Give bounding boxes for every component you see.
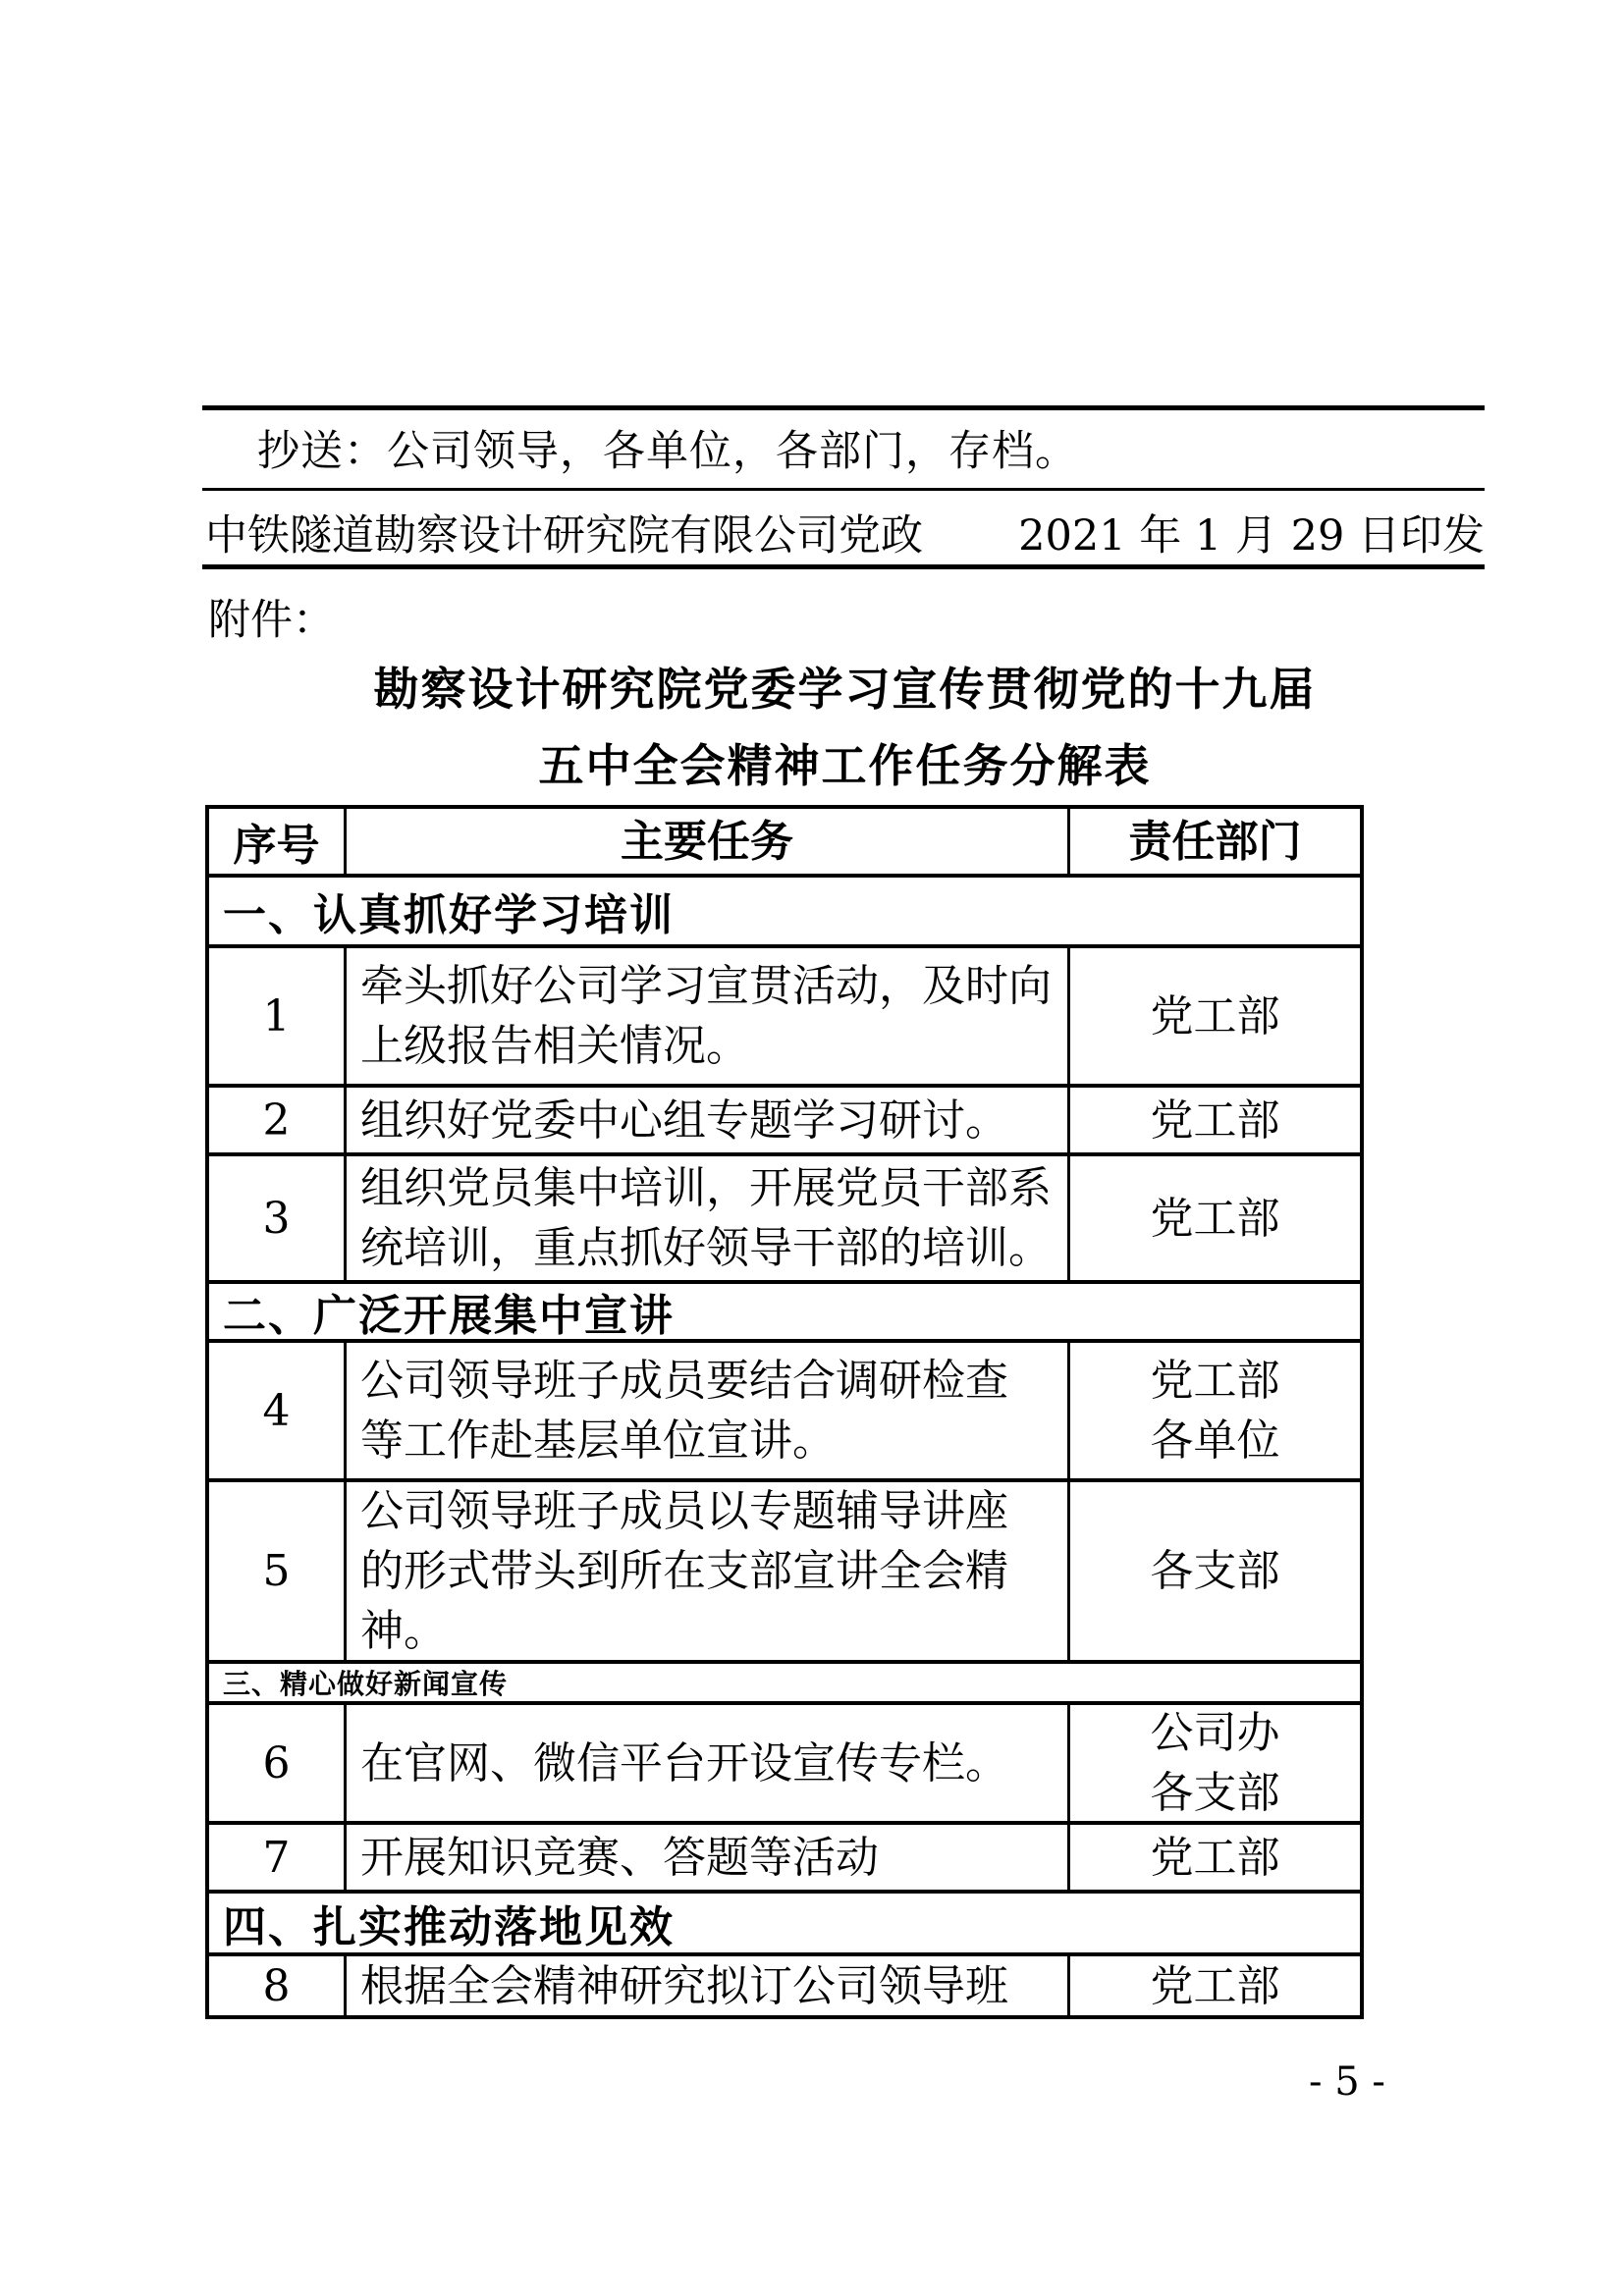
task-cell: 根据全会精神研究拟订公司领导班 xyxy=(347,1956,1070,2015)
issuer-name: 中铁隧道勘察设计研究院有限公司党政 xyxy=(205,503,923,562)
cc-line: 抄送：公司领导，各单位，各部门，存档。 xyxy=(257,418,1485,478)
table-row: 2 组织好党委中心组专题学习研讨。 党工部 xyxy=(209,1084,1360,1152)
section-label: 四、扎实推动落地见效 xyxy=(209,1894,1360,1952)
table-row: 8 根据全会精神研究拟订公司领导班 党工部 xyxy=(209,1952,1360,2015)
page-number: - 5 - xyxy=(1288,2059,1406,2105)
dept-cell: 党工部 xyxy=(1070,948,1360,1084)
dept-line: 各支部 xyxy=(1151,1541,1280,1601)
dept-line: 各支部 xyxy=(1151,1763,1280,1823)
col-header-task: 主要任务 xyxy=(347,809,1070,874)
dept-line: 党工部 xyxy=(1151,1828,1280,1888)
section-row: 三、精心做好新闻宣传 xyxy=(209,1660,1360,1701)
row-number-cell: 5 xyxy=(209,1482,347,1660)
dept-line: 党工部 xyxy=(1151,1189,1280,1249)
row-number-cell: 4 xyxy=(209,1343,347,1478)
dept-line: 各单位 xyxy=(1151,1411,1280,1470)
row-number-cell: 6 xyxy=(209,1705,347,1821)
dept-cell: 党工部 xyxy=(1070,1956,1360,2015)
row-number-cell: 1 xyxy=(209,948,347,1084)
row-number-cell: 2 xyxy=(209,1088,347,1152)
task-table: 序号 主要任务 责任部门 一、认真抓好学习培训 1 牵头抓好公司学习宣贯活动，及… xyxy=(205,805,1364,2019)
header-rule-top xyxy=(202,405,1485,410)
dept-line: 党工部 xyxy=(1151,987,1280,1046)
table-header-row: 序号 主要任务 责任部门 xyxy=(209,809,1360,874)
table-row: 5 公司领导班子成员以专题辅导讲座 的形式带头到所在支部宣讲全会精 神。 各支部 xyxy=(209,1478,1360,1660)
table-row: 7 开展知识竞赛、答题等活动 党工部 xyxy=(209,1821,1360,1890)
header-rule-middle xyxy=(202,488,1485,491)
task-cell: 组织党员集中培训，开展党员干部系 统培训，重点抓好领导干部的培训。 xyxy=(347,1156,1070,1280)
section-label: 三、精心做好新闻宣传 xyxy=(209,1664,1360,1701)
dept-cell: 党工部 xyxy=(1070,1088,1360,1152)
dept-cell: 党工部 各单位 xyxy=(1070,1343,1360,1478)
table-row: 3 组织党员集中培训，开展党员干部系 统培训，重点抓好领导干部的培训。 党工部 xyxy=(209,1152,1360,1280)
section-label: 二、广泛开展集中宣讲 xyxy=(209,1284,1360,1339)
row-number-cell: 7 xyxy=(209,1825,347,1890)
table-row: 4 公司领导班子成员要结合调研检查 等工作赴基层单位宣讲。 党工部 各单位 xyxy=(209,1339,1360,1478)
table-row: 1 牵头抓好公司学习宣贯活动，及时向 上级报告相关情况。 党工部 xyxy=(209,944,1360,1084)
document-title-line1: 勘察设计研究院党委学习宣传贯彻党的十九届 xyxy=(205,654,1485,719)
section-row: 四、扎实推动落地见效 xyxy=(209,1890,1360,1952)
dept-line: 党工部 xyxy=(1151,1091,1280,1150)
header-rule-bottom xyxy=(202,564,1485,569)
dept-cell: 公司办 各支部 xyxy=(1070,1705,1360,1821)
issue-date: 2021 年 1 月 29 日印发 xyxy=(1018,503,1485,562)
col-header-no: 序号 xyxy=(209,809,347,874)
section-label: 一、认真抓好学习培训 xyxy=(209,878,1360,944)
table-row: 6 在官网、微信平台开设宣传专栏。 公司办 各支部 xyxy=(209,1701,1360,1821)
dept-line: 党工部 xyxy=(1151,1956,1280,2016)
row-number-cell: 8 xyxy=(209,1956,347,2015)
dept-cell: 党工部 xyxy=(1070,1825,1360,1890)
row-number-cell: 3 xyxy=(209,1156,347,1280)
dept-line: 党工部 xyxy=(1151,1351,1280,1411)
dept-line: 公司办 xyxy=(1151,1703,1280,1763)
task-cell: 组织好党委中心组专题学习研讨。 xyxy=(347,1088,1070,1152)
issuer-row: 中铁隧道勘察设计研究院有限公司党政 2021 年 1 月 29 日印发 xyxy=(205,503,1485,562)
dept-cell: 各支部 xyxy=(1070,1482,1360,1660)
task-cell: 牵头抓好公司学习宣贯活动，及时向 上级报告相关情况。 xyxy=(347,948,1070,1084)
section-row: 一、认真抓好学习培训 xyxy=(209,874,1360,944)
task-cell: 公司领导班子成员以专题辅导讲座 的形式带头到所在支部宣讲全会精 神。 xyxy=(347,1482,1070,1660)
section-row: 二、广泛开展集中宣讲 xyxy=(209,1280,1360,1339)
task-cell: 开展知识竞赛、答题等活动 xyxy=(347,1825,1070,1890)
col-header-dept: 责任部门 xyxy=(1070,809,1360,874)
task-cell: 在官网、微信平台开设宣传专栏。 xyxy=(347,1705,1070,1821)
attachment-label: 附件： xyxy=(208,587,335,647)
document-title-line2: 五中全会精神工作任务分解表 xyxy=(205,730,1485,795)
document-page: { "page": { "cc_line": "抄送：公司领导，各单位，各部门，… xyxy=(0,0,1624,2296)
dept-cell: 党工部 xyxy=(1070,1156,1360,1280)
task-cell: 公司领导班子成员要结合调研检查 等工作赴基层单位宣讲。 xyxy=(347,1343,1070,1478)
